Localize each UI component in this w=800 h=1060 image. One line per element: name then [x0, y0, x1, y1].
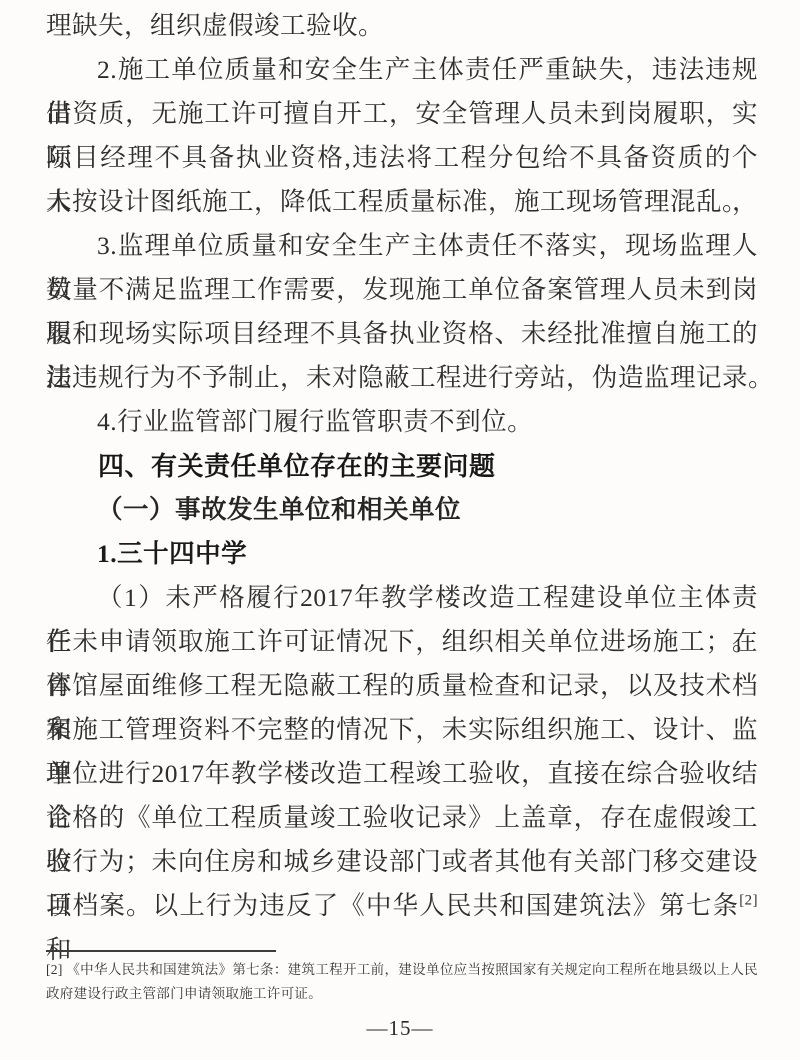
page-number: —15— — [0, 1016, 800, 1041]
footnote-ref-marker: [2] — [739, 893, 758, 909]
footnote-divider — [46, 950, 276, 952]
text-line: 3.监理单位质量和安全生产主体责任不落实，现场监理人员 — [46, 224, 758, 268]
footnote-line: 政府建设行政主管部门申请领取施工许可证。 — [46, 982, 758, 1006]
text-line: 育馆屋面维修工程无隐蔽工程的质量检查和记录，以及技术档案 — [46, 664, 758, 708]
footnote-line: [2] 《中华人民共和国建筑法》第七条：建筑工程开工前，建设单位应当按照国家有关… — [46, 958, 758, 982]
text-line: 职和现场实际项目经理不具备执业资格、未经批准擅自施工的违 — [46, 312, 758, 356]
footnote: [2] 《中华人民共和国建筑法》第七条：建筑工程开工前，建设单位应当按照国家有关… — [46, 958, 758, 1006]
heading-line: （一）事故发生单位和相关单位 — [46, 488, 758, 532]
text-line: 法违规行为不予制止，未对隐蔽工程进行旁站，伪造监理记录。 — [46, 356, 758, 400]
heading-line: 1.三十四中学 — [46, 532, 758, 576]
text-segment: 目档案。以上行为违反了《中华人民共和国建筑法》第七条 — [46, 891, 739, 920]
text-line: 借资质，无施工许可擅自开工，安全管理人员未到岗履职，实际 — [46, 92, 758, 136]
text-line: （1）未严格履行2017年教学楼改造工程建设单位主体责任。 — [46, 576, 758, 620]
text-line: 项目经理不具备执业资格,违法将工程分包给不具备资质的个人， — [46, 136, 758, 180]
document-page: 理缺失，组织虚假竣工验收。2.施工单位质量和安全生产主体责任严重缺失，违法违规出… — [0, 0, 800, 1060]
text-line: 2.施工单位质量和安全生产主体责任严重缺失，违法违规出 — [46, 48, 758, 92]
text-line: 在未申请领取施工许可证情况下，组织相关单位进场施工；在体 — [46, 620, 758, 664]
text-line: 和施工管理资料不完整的情况下，未实际组织施工、设计、监理 — [46, 708, 758, 752]
text-line: 数量不满足监理工作需要，发现施工单位备案管理人员未到岗履 — [46, 268, 758, 312]
heading-line: 四、有关责任单位存在的主要问题 — [46, 444, 758, 488]
text-line: 收行为；未向住房和城乡建设部门或者其他有关部门移交建设项 — [46, 840, 758, 884]
text-line: 合格的《单位工程质量竣工验收记录》上盖章，存在虚假竣工验 — [46, 796, 758, 840]
text-line: 未按设计图纸施工，降低工程质量标准，施工现场管理混乱。 — [46, 180, 758, 224]
text-line: 理缺失，组织虚假竣工验收。 — [46, 4, 758, 48]
text-line: 目档案。以上行为违反了《中华人民共和国建筑法》第七条[2]和 — [46, 884, 758, 928]
document-body: 理缺失，组织虚假竣工验收。2.施工单位质量和安全生产主体责任严重缺失，违法违规出… — [46, 4, 758, 928]
text-line: 4.行业监管部门履行监管职责不到位。 — [46, 400, 758, 444]
text-line: 单位进行2017年教学楼改造工程竣工验收，直接在综合验收结论 — [46, 752, 758, 796]
